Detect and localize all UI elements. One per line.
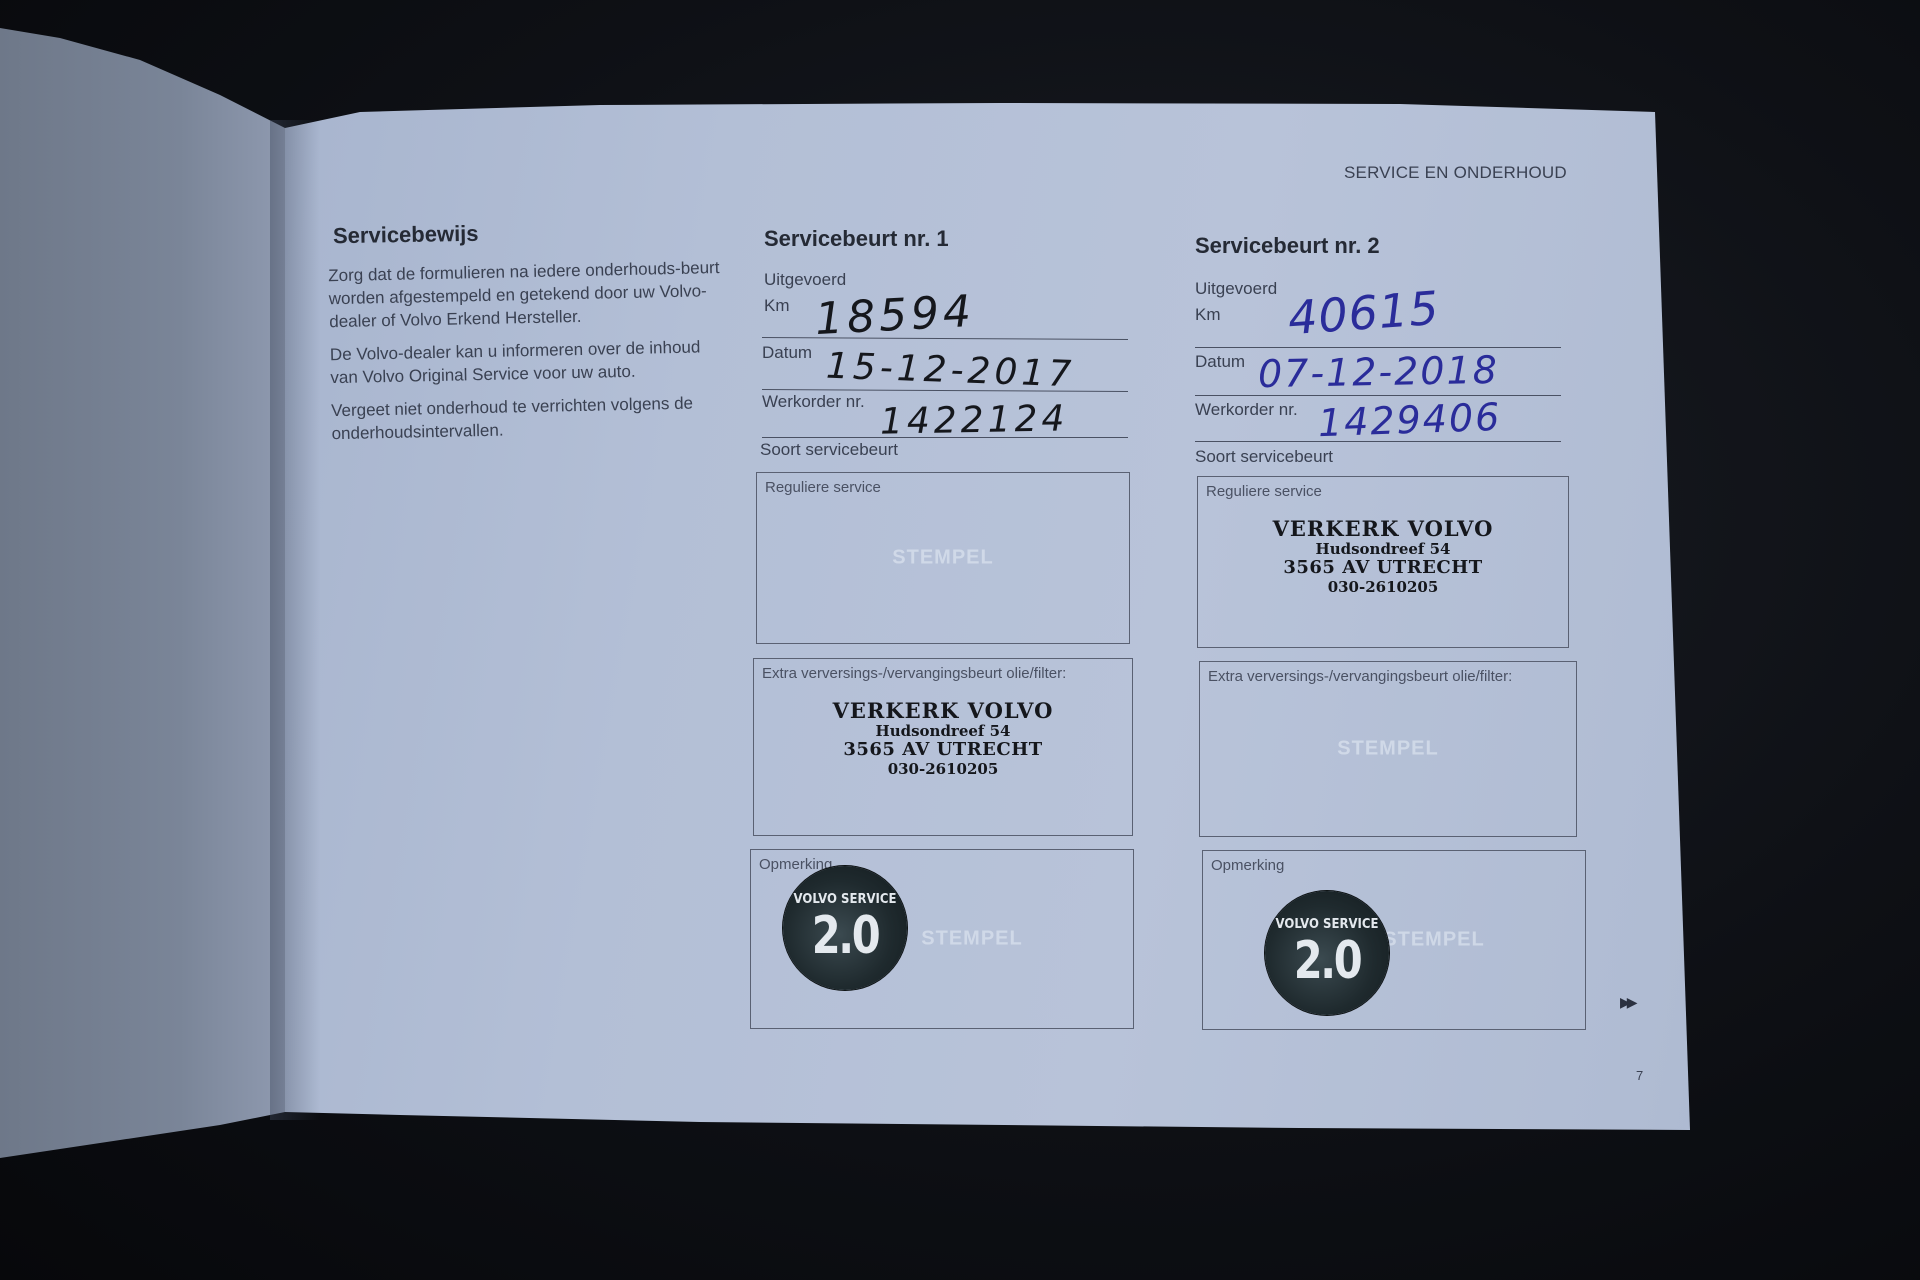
dealer-stamp: VERKERK VOLVO Hudsondreef 54 3565 AV UTR…	[754, 699, 1132, 778]
badge-title: VOLVO SERVICE	[789, 892, 901, 907]
work-order-label: Werkorder nr.	[762, 392, 865, 412]
dealer-name: VERKERK VOLVO	[1198, 517, 1568, 541]
box-label: Reguliere service	[1206, 483, 1322, 500]
intro-paragraph: Vergeet niet onderhoud te verrichten vol…	[331, 391, 732, 445]
work-order-label: Werkorder nr.	[1195, 400, 1298, 420]
date-value: 07-12-2018	[1258, 348, 1500, 396]
intro-paragraph: Zorg dat de formulieren na iedere onderh…	[328, 256, 729, 333]
stamp-placeholder: STEMPEL	[1200, 738, 1576, 761]
dealer-name: VERKERK VOLVO	[754, 699, 1132, 723]
dealer-city: 3565 AV UTRECHT	[754, 740, 1132, 761]
work-order-value: 1422124	[880, 398, 1069, 442]
date-label: Datum	[1195, 352, 1245, 372]
box-label: Reguliere service	[765, 479, 881, 496]
remark-box[interactable]: Opmerking STEMPEL VOLVO SERVICE 2.0	[1202, 850, 1586, 1030]
dealer-phone: 030-2610205	[1198, 579, 1568, 596]
extra-oil-filter-box[interactable]: Extra verversings-/vervangingsbeurt olie…	[753, 658, 1133, 836]
double-triangle-right-icon: ▶▶	[1620, 994, 1634, 1011]
remark-box[interactable]: Opmerking STEMPEL VOLVO SERVICE 2.0	[750, 849, 1134, 1029]
work-order-rule	[762, 437, 1128, 438]
intro-text: Zorg dat de formulieren na iedere onderh…	[328, 256, 732, 455]
service-type-label: Soort servicebeurt	[1195, 447, 1333, 467]
box-label: Extra verversings-/vervangingsbeurt olie…	[762, 665, 1066, 682]
page-content: SERVICE EN ONDERHOUD Servicebewijs Zorg …	[0, 0, 1920, 1280]
box-label: Opmerking	[1211, 857, 1284, 874]
badge-version: 2.0	[1277, 931, 1376, 991]
service-type-label: Soort servicebeurt	[760, 440, 898, 460]
work-order-value: 1429406	[1317, 395, 1502, 445]
intro-title: Servicebewijs	[333, 221, 479, 250]
section-header: SERVICE EN ONDERHOUD	[1344, 163, 1567, 183]
km-rule	[1195, 347, 1561, 348]
km-value: 18594	[814, 286, 976, 345]
service-title: Servicebeurt nr. 2	[1195, 233, 1380, 259]
regular-service-box[interactable]: Reguliere service STEMPEL	[756, 472, 1130, 644]
volvo-service-badge: VOLVO SERVICE 2.0	[783, 866, 907, 990]
km-value: 40615	[1286, 281, 1441, 345]
extra-oil-filter-box[interactable]: Extra verversings-/vervangingsbeurt olie…	[1199, 661, 1577, 837]
stamp-placeholder: STEMPEL	[1203, 929, 1585, 952]
km-label: Km	[1195, 305, 1221, 325]
date-label: Datum	[762, 343, 812, 363]
service-title: Servicebeurt nr. 1	[764, 226, 949, 252]
volvo-service-badge: VOLVO SERVICE 2.0	[1265, 891, 1389, 1015]
dealer-stamp: VERKERK VOLVO Hudsondreef 54 3565 AV UTR…	[1198, 517, 1568, 596]
executed-label: Uitgevoerd	[764, 270, 846, 290]
work-order-rule	[1195, 441, 1561, 442]
dealer-city: 3565 AV UTRECHT	[1198, 558, 1568, 579]
executed-label: Uitgevoerd	[1195, 279, 1277, 299]
dealer-street: Hudsondreef 54	[1198, 541, 1568, 558]
km-label: Km	[764, 296, 790, 316]
badge-version: 2.0	[795, 906, 894, 966]
box-label: Extra verversings-/vervangingsbeurt olie…	[1208, 668, 1512, 685]
regular-service-box[interactable]: Reguliere service VERKERK VOLVO Hudsondr…	[1197, 476, 1569, 648]
date-value: 15-12-2017	[825, 346, 1075, 396]
intro-paragraph: De Volvo-dealer kan u informeren over de…	[330, 335, 731, 389]
date-rule	[1195, 395, 1561, 396]
page-number: 7	[1636, 1068, 1643, 1083]
stamp-placeholder: STEMPEL	[757, 547, 1129, 570]
dealer-phone: 030-2610205	[754, 761, 1132, 778]
badge-title: VOLVO SERVICE	[1271, 917, 1383, 932]
dealer-street: Hudsondreef 54	[754, 723, 1132, 740]
